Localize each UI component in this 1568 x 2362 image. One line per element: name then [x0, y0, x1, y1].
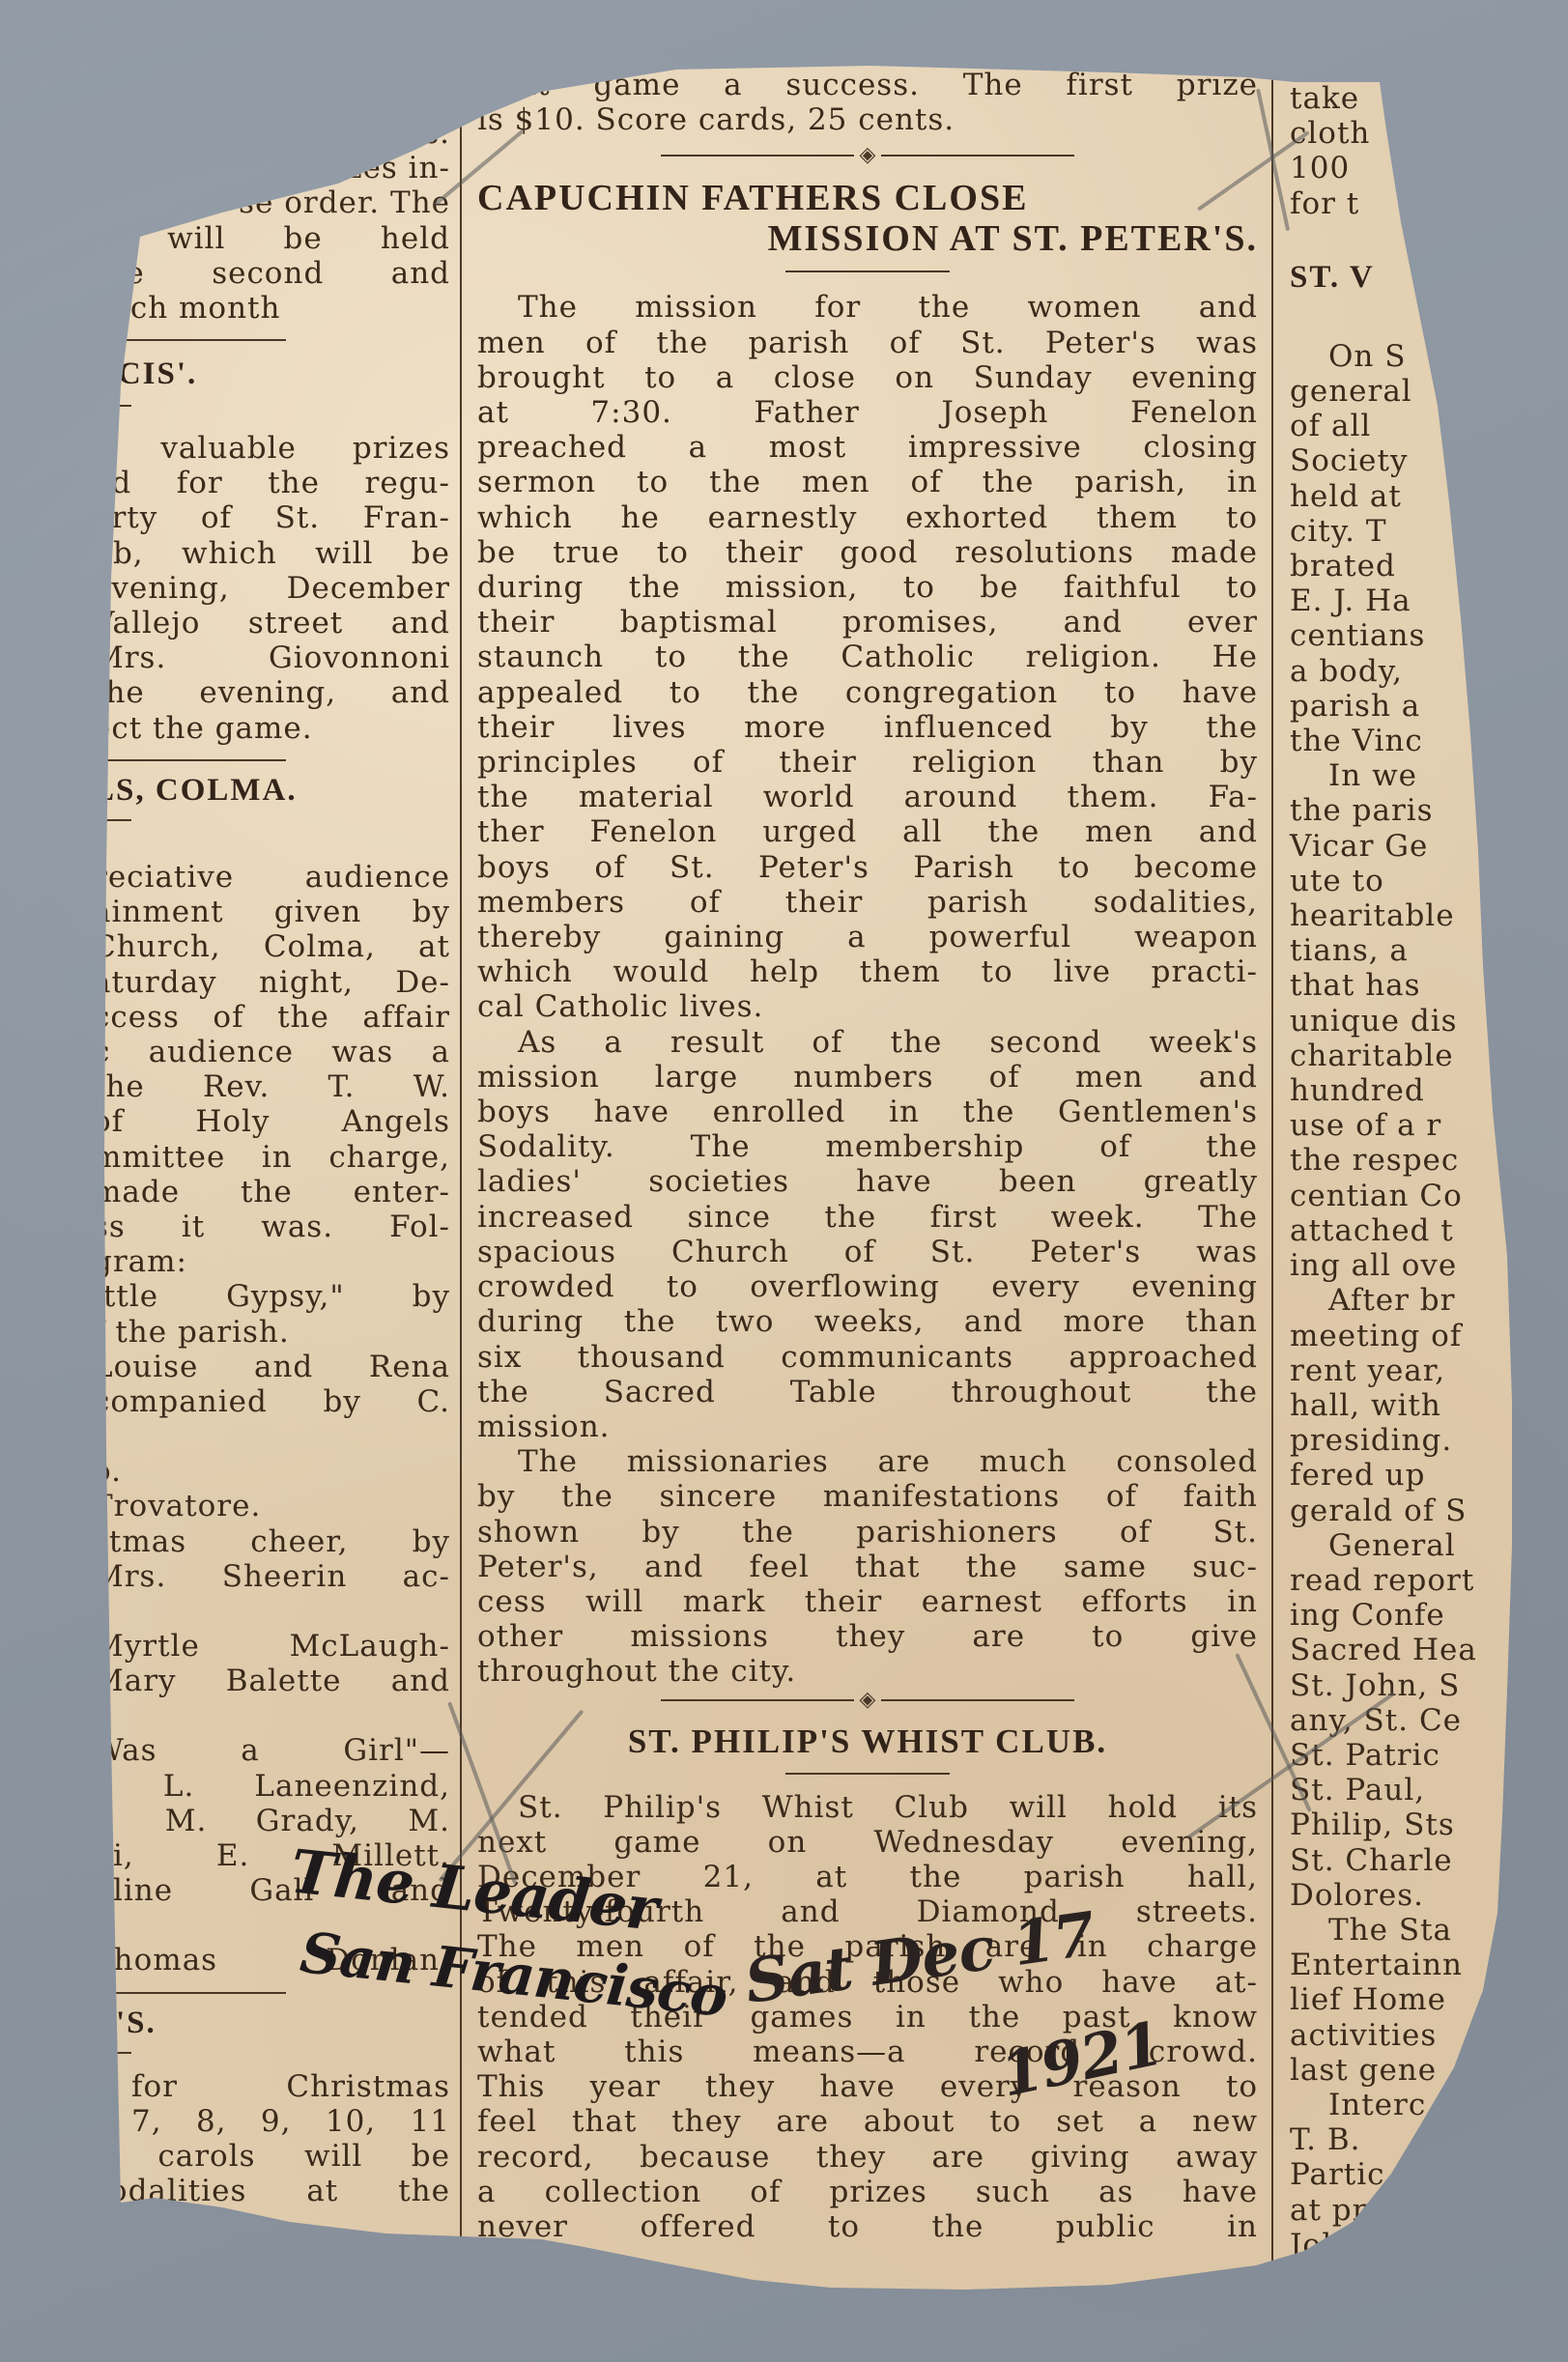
text-line: General [1290, 1528, 1522, 1563]
text-line: ladies' societies have been greatly [477, 1164, 1258, 1199]
text-line: members of their parish sodalities, [477, 885, 1258, 920]
text-line: ing Confe [1290, 1598, 1522, 1633]
divider-line [661, 155, 854, 157]
ornamental-divider: ◈ [477, 145, 1258, 166]
text-line: never offered to the public in [477, 2209, 1258, 2244]
text-line: boys of St. Peter's Parish to become [477, 850, 1258, 885]
text-line: each month [93, 291, 450, 326]
text-line: s carols will be [93, 2139, 450, 2174]
text-line: ittle Gypsy," by [93, 1279, 450, 1314]
text-line: the Rev. T. W. [93, 1069, 450, 1104]
text-line: the material world around them. Fa- [477, 780, 1258, 814]
text-line: the second and [93, 256, 450, 291]
text-line: sermon to the men of the parish, in [477, 465, 1258, 499]
article-paragraph: The missionaries are much consoled by th… [477, 1444, 1258, 1689]
section-heading: LS, COLMA. [93, 771, 450, 810]
article-paragraph: As a result of the second week's mission… [477, 1025, 1258, 1444]
text-line: Louise and Rena [93, 1350, 450, 1384]
text-line: St. Paul, [1290, 1773, 1522, 1807]
article-headline: ST. PHILIP'S WHIST CLUB. [477, 1722, 1258, 1761]
text-line: 7, 8, 9, 10, 11 [93, 2104, 450, 2139]
text-line: mission large numbers of men and [477, 1060, 1258, 1095]
text-line: ss it was. Fol- [93, 1209, 450, 1244]
text-line: Vallejo street and [93, 606, 450, 640]
diamond-ornament-icon: ◈ [860, 145, 876, 166]
text-line: which would help them to live practi- [477, 954, 1258, 989]
text-line: next game on Wednesday evening, [477, 1825, 1258, 1860]
text-line: use of a r [1290, 1108, 1522, 1143]
text-line: As a result of the second week's [477, 1025, 1258, 1060]
text-line: fered up [1290, 1458, 1522, 1493]
text-line: principles of their religion than by [477, 745, 1258, 780]
text-line: Was a Girl"— [93, 1733, 450, 1768]
text-line: gerald of S [1290, 1494, 1522, 1528]
text-line: f the parish. [93, 1315, 450, 1350]
text-line: St. John, S [1290, 1668, 1522, 1703]
text-line: ing all ove [1290, 1248, 1522, 1283]
text-line: St. Philip's Whist Club will hold its [477, 1790, 1258, 1825]
text-line: charitable [1290, 1039, 1522, 1073]
ornamental-divider: ◈ [477, 1690, 1258, 1711]
text-line: o. [93, 1454, 450, 1489]
text-line: at 7:30. Father Joseph Fenelon [477, 395, 1258, 430]
text-line: gram: [93, 1244, 450, 1279]
text-line: meeting of [1290, 1319, 1522, 1353]
divider-line [661, 1699, 854, 1701]
left-fragment-3: reciative audience ainment given by Chur… [93, 860, 450, 2209]
text-line: the Sacred Table throughout the [477, 1375, 1258, 1409]
text-line: Sodality. The membership of the [477, 1129, 1258, 1164]
text-line: , L. Laneenzind, [93, 1769, 450, 1804]
text-line: appealed to the congregation to have [477, 675, 1258, 710]
article-capuchin-fathers: CAPUCHIN FATHERS CLOSE MISSION AT ST. PE… [477, 178, 1258, 1689]
text-line: evening, December [93, 571, 450, 606]
text-line: The mission for the women and [477, 290, 1258, 325]
text-line: Mrs. Sheerin ac- [93, 1559, 450, 1594]
text-line: The Sta [1290, 1913, 1522, 1948]
text-line: c audience was a [93, 1035, 450, 1069]
text-line: Church, Colma, at [93, 929, 450, 964]
text-line: any, St. Ce [1290, 1703, 1522, 1738]
spacer [93, 1419, 450, 1454]
text-line: by the sincere manifestations of faith [477, 1479, 1258, 1514]
text-line: be true to their good resolutions made [477, 535, 1258, 570]
text-line: crowded to overflowing every evening [477, 1269, 1258, 1304]
article-paragraph: The mission for the women and men of the… [477, 290, 1258, 1024]
text-line: Dolores. [1290, 1878, 1522, 1913]
column-divider-right [1271, 77, 1273, 2270]
divider-line [881, 155, 1074, 157]
headline-rule [785, 1773, 950, 1775]
text-line: ed for the regu- [93, 466, 450, 500]
text-line: feel that they are about to set a new [477, 2104, 1258, 2139]
text-line: shown by the parishioners of St. [477, 1515, 1258, 1550]
text-line: Mrs. Giovonnoni [93, 640, 450, 675]
text-line: brought to a close on Sunday evening [477, 360, 1258, 395]
text-line: preached a most impressive closing [477, 430, 1258, 465]
text-line: The missionaries are much consoled [477, 1444, 1258, 1479]
text-line: Myrtle McLaugh- [93, 1629, 450, 1664]
text-line: during the two weeks, and more than [477, 1304, 1258, 1339]
text-line: ub, which will be [93, 536, 450, 571]
diamond-ornament-icon: ◈ [860, 1690, 876, 1711]
text-line: spacious Church of St. Peter's was [477, 1235, 1258, 1269]
text-line: centian Co [1290, 1179, 1522, 1213]
text-line: mission. [477, 1409, 1258, 1444]
text-line: ccess of the affair [93, 1000, 450, 1035]
text-line: throughout the city. [477, 1654, 1258, 1689]
text-line: the respec [1290, 1143, 1522, 1178]
text-line: other missions they are to give [477, 1619, 1258, 1654]
newspaper-clipping: cents. prizes in- se order. The s will b… [0, 0, 1568, 2362]
text-line: ainment given by [93, 895, 450, 929]
article-headline-line-1: CAPUCHIN FATHERS CLOSE [477, 178, 1258, 218]
spacer [93, 1594, 450, 1629]
text-line: attached t [1290, 1213, 1522, 1248]
text-line: f valuable prizes [93, 431, 450, 466]
text-line: Mary Balette and [93, 1664, 450, 1698]
section-rule [93, 1992, 286, 1994]
text-line: cess will mark their earnest efforts in [477, 1584, 1258, 1619]
text-line: Trovatore. [93, 1489, 450, 1523]
text-line: mmittee in charge, [93, 1140, 450, 1175]
text-line: their lives more influenced by the [477, 710, 1258, 745]
text-line: increased since the first week. The [477, 1200, 1258, 1235]
text-line: which he earnestly exhorted them to [477, 500, 1258, 535]
section-rule [93, 759, 286, 761]
text-line: cal Catholic lives. [477, 989, 1258, 1024]
text-line: of Holy Angels [93, 1104, 450, 1139]
text-line: during the mission, to be faithful to [477, 570, 1258, 605]
text-line: made the enter- [93, 1175, 450, 1209]
text-line: ther Fenelon urged all the men and [477, 814, 1258, 849]
text-line: the evening, and [93, 675, 450, 710]
text-line: presiding. [1290, 1423, 1522, 1458]
text-line: Sacred Hea [1290, 1633, 1522, 1667]
text-line: arty of St. Fran- [93, 500, 450, 535]
text-line: men of the parish of St. Peter's was [477, 326, 1258, 360]
text-line: six thousand communicants approached [477, 1340, 1258, 1375]
text-line: read report [1290, 1563, 1522, 1598]
text-line: is $10. Score cards, 25 cents. [477, 102, 1258, 137]
headline-rule [785, 270, 950, 272]
left-fragment-2: f valuable prizes ed for the regu- arty … [93, 431, 450, 829]
text-line: ect the game. [93, 711, 450, 746]
text-line: rent year, [1290, 1353, 1522, 1388]
text-line: for Christmas [93, 2069, 450, 2104]
text-line: After br [1290, 1283, 1522, 1318]
text-line: boys have enrolled in the Gentlemen's [477, 1095, 1258, 1129]
text-line: a collection of prizes such as have [477, 2175, 1258, 2209]
text-line: thereby gaining a powerful weapon [477, 920, 1258, 954]
text-line: Peter's, and feel that the same suc- [477, 1550, 1258, 1584]
text-line: St. Charle [1290, 1843, 1522, 1878]
text-line: t, M. Grady, M. [93, 1804, 450, 1838]
text-line: hall, with [1290, 1388, 1522, 1423]
divider-line [881, 1699, 1074, 1701]
spacer [93, 1698, 450, 1733]
section-heading: NCIS'. [93, 355, 450, 393]
text-line: staunch to the Catholic religion. He [477, 640, 1258, 674]
text-line: aturday night, De- [93, 965, 450, 1000]
text-line: reciative audience [93, 860, 450, 895]
text-line: stmas cheer, by [93, 1524, 450, 1559]
text-line: their baptismal promises, and ever [477, 605, 1258, 640]
text-line: hundred [1290, 1073, 1522, 1108]
article-headline-line-2: MISSION AT ST. PETER'S. [477, 218, 1258, 259]
text-line: companied by C. [93, 1384, 450, 1419]
text-line: Philip, Sts [1290, 1807, 1522, 1842]
text-line: record, because they are giving away [477, 2140, 1258, 2175]
section-heading: L'S. [93, 2004, 450, 2042]
